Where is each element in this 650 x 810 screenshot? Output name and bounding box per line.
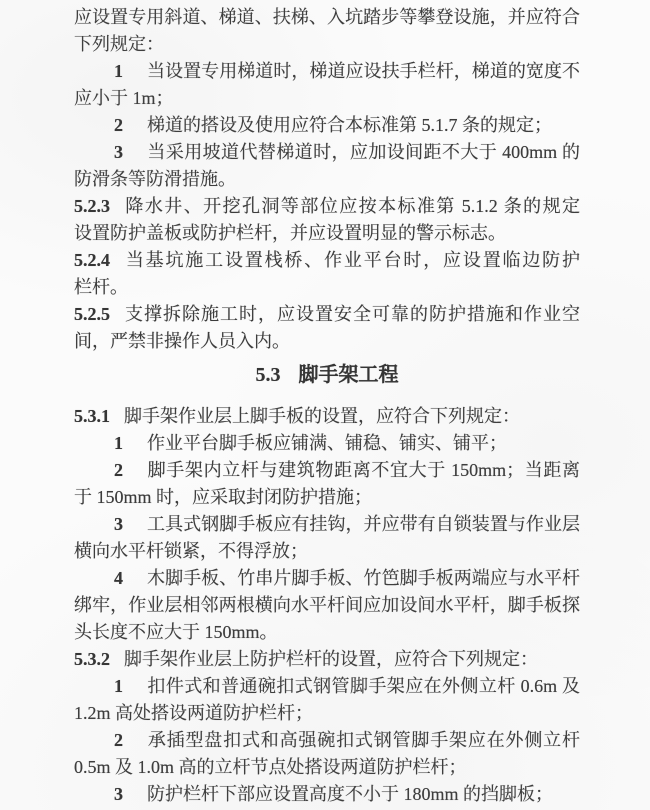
item-number: 1: [114, 61, 123, 81]
text-line: 于 150mm 时，应采取封闭防护措施；: [74, 484, 580, 511]
text-line: 5.2.5支撑拆除施工时，应设置安全可靠的防护措施和作业空: [74, 301, 580, 328]
text-line: 5.3.1脚手架作业层上脚手板的设置，应符合下列规定：: [74, 403, 580, 430]
item-number: 3: [114, 142, 123, 162]
clause-number: 5.3.1: [74, 406, 110, 426]
text-line: 5.2.3降水井、开挖孔洞等部位应按本标准第 5.1.2 条的规定: [74, 193, 580, 220]
text-line: 4木脚手板、竹串片脚手板、竹笆脚手板两端应与水平杆: [74, 565, 580, 592]
text-line: 下列规定：: [74, 31, 580, 58]
item-number: 2: [114, 460, 123, 480]
item-number: 2: [114, 730, 123, 750]
line-text: 防护栏杆下部应设置高度不小于 180mm 的挡脚板；: [147, 784, 553, 804]
line-text: 脚手架作业层上防护栏杆的设置，应符合下列规定：: [124, 649, 538, 669]
text-line: 设置防护盖板或防护栏杆，并应设置明显的警示标志。: [74, 220, 580, 247]
line-text: 绑牢，作业层相邻两根横向水平杆间应加设间水平杆，脚手板探: [74, 595, 580, 615]
text-line: 头长度不应大于 150mm。: [74, 619, 580, 646]
line-text: 1.2m 高处搭设两道防护栏杆；: [74, 703, 313, 723]
document-page: 应设置专用斜道、梯道、扶梯、入坑踏步等攀登设施，并应符合 下列规定： 1当设置专…: [0, 0, 650, 810]
line-text: 梯道的搭设及使用应符合本标准第 5.1.7 条的规定；: [147, 115, 552, 135]
text-line: 5.3.2脚手架作业层上防护栏杆的设置，应符合下列规定：: [74, 646, 580, 673]
text-line: 1扣件式和普通碗扣式钢管脚手架应在外侧立杆 0.6m 及: [74, 673, 580, 700]
text-line: 2梯道的搭设及使用应符合本标准第 5.1.7 条的规定；: [74, 112, 580, 139]
line-text: 于 150mm 时，应采取封闭防护措施；: [74, 487, 372, 507]
text-line: 1作业平台脚手板应铺满、铺稳、铺实、铺平；: [74, 430, 580, 457]
section-heading: 5.3脚手架工程: [74, 362, 580, 389]
text-line: 3当采用坡道代替梯道时，应加设间距不大于 400mm 的: [74, 139, 580, 166]
line-text: 扣件式和普通碗扣式钢管脚手架应在外侧立杆 0.6m 及: [147, 676, 580, 696]
item-number: 4: [114, 568, 123, 588]
text-line: 1当设置专用梯道时，梯道应设扶手栏杆，梯道的宽度不: [74, 58, 580, 85]
text-line: 应设置专用斜道、梯道、扶梯、入坑踏步等攀登设施，并应符合: [74, 4, 580, 31]
text-line: 栏杆。: [74, 274, 580, 301]
item-number: 2: [114, 115, 123, 135]
line-text: 横向水平杆锁紧，不得浮放；: [74, 541, 308, 561]
line-text: 间，严禁非操作人员入内。: [74, 331, 290, 351]
line-text: 栏杆。: [74, 277, 128, 297]
text-line: 1.2m 高处搭设两道防护栏杆；: [74, 700, 580, 727]
clause-number: 5.3.2: [74, 649, 110, 669]
text-line: 3工具式钢脚手板应有挂钩，并应带有自锁装置与作业层: [74, 511, 580, 538]
text-line: 5.2.4当基坑施工设置栈桥、作业平台时，应设置临边防护: [74, 247, 580, 274]
line-text: 降水井、开挖孔洞等部位应按本标准第 5.1.2 条的规定: [124, 196, 580, 216]
text-line: 2承插型盘扣式和高强碗扣式钢管脚手架应在外侧立杆: [74, 727, 580, 754]
line-text: 作业平台脚手板应铺满、铺稳、铺实、铺平；: [147, 433, 507, 453]
line-text: 当采用坡道代替梯道时，应加设间距不大于 400mm 的: [147, 142, 580, 162]
clause-number: 5.2.3: [74, 196, 110, 216]
section-title: 脚手架工程: [299, 364, 399, 386]
item-number: 1: [114, 676, 123, 696]
item-number: 1: [114, 433, 123, 453]
section-number: 5.3: [256, 364, 281, 386]
text-line: 间，严禁非操作人员入内。: [74, 328, 580, 355]
line-text: 支撑拆除施工时，应设置安全可靠的防护措施和作业空: [124, 304, 580, 324]
line-text: 头长度不应大于 150mm。: [74, 622, 278, 642]
line-text: 承插型盘扣式和高强碗扣式钢管脚手架应在外侧立杆: [147, 730, 580, 750]
text-line: 横向水平杆锁紧，不得浮放；: [74, 538, 580, 565]
line-text: 0.5m 及 1.0m 高的立杆节点处搭设两道防护栏杆；: [74, 757, 467, 777]
line-text: 防滑条等防滑措施。: [74, 169, 236, 189]
line-text: 下列规定：: [74, 34, 164, 54]
text-line: 3防护栏杆下部应设置高度不小于 180mm 的挡脚板；: [74, 781, 580, 808]
line-text: 应设置专用斜道、梯道、扶梯、入坑踏步等攀登设施，并应符合: [74, 7, 580, 27]
item-number: 3: [114, 784, 123, 804]
line-text: 应小于 1m；: [74, 88, 174, 108]
line-text: 当设置专用梯道时，梯道应设扶手栏杆，梯道的宽度不: [147, 61, 580, 81]
text-line: 防滑条等防滑措施。: [74, 166, 580, 193]
clause-number: 5.2.5: [74, 304, 110, 324]
line-text: 脚手架作业层上脚手板的设置，应符合下列规定：: [124, 406, 520, 426]
line-text: 木脚手板、竹串片脚手板、竹笆脚手板两端应与水平杆: [147, 568, 580, 588]
text-line: 2脚手架内立杆与建筑物距离不宜大于 150mm；当距离大: [74, 457, 580, 484]
line-text: 脚手架内立杆与建筑物距离不宜大于 150mm；当距离大: [114, 460, 580, 484]
clause-number: 5.2.4: [74, 250, 110, 270]
line-text: 当基坑施工设置栈桥、作业平台时，应设置临边防护: [124, 250, 580, 270]
text-line: 0.5m 及 1.0m 高的立杆节点处搭设两道防护栏杆；: [74, 754, 580, 781]
item-number: 3: [114, 514, 123, 534]
text-line: 应小于 1m；: [74, 85, 580, 112]
line-text: 设置防护盖板或防护栏杆，并应设置明显的警示标志。: [74, 223, 506, 243]
line-text: 工具式钢脚手板应有挂钩，并应带有自锁装置与作业层: [147, 514, 580, 534]
text-line: 绑牢，作业层相邻两根横向水平杆间应加设间水平杆，脚手板探: [74, 592, 580, 619]
